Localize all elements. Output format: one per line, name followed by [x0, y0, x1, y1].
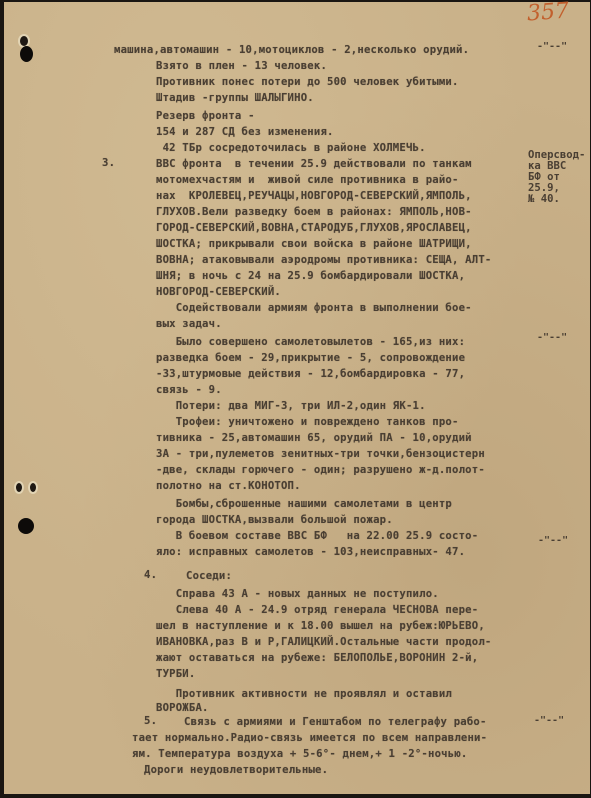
text-line: -две, склады горючего - один; разрушено … [156, 464, 485, 476]
ditto-mark: -"--" [537, 41, 567, 52]
text-line: Слева 40 А - 24.9 отряд генерала ЧЕСНОВА… [156, 604, 478, 616]
text-line: ШНЯ; в ночь с 24 на 25.9 бомбардировали … [156, 270, 465, 282]
text-line: Содействовали армиям фронта в выполнении… [156, 302, 472, 314]
text-line: мотомехчастям и живой силе противника в … [156, 174, 459, 186]
text-line: ИВАНОВКА,раз В и Р,ГАЛИЦКИЙ.Остальные ча… [156, 636, 491, 648]
text-line: города ШОСТКА,вызвали большой пожар. [156, 514, 393, 526]
text-line: Потери: два МИГ-3, три ИЛ-2,один ЯК-1. [156, 400, 426, 412]
text-line: Резерв фронта - [156, 110, 255, 122]
text-line: Взято в плен - 13 человек. [156, 60, 327, 72]
text-line: 154 и 287 СД без изменения. [156, 126, 334, 138]
text-line: ШОСТКА; прикрывали свои войска в районе … [156, 238, 472, 250]
binding-hole [20, 46, 33, 62]
text-line: связь - 9. [156, 384, 222, 396]
text-line: 42 ТБр сосредоточилась в районе ХОЛМЕЧЬ. [156, 142, 426, 154]
text-line: В боевом составе ВВС БФ на 22.00 25.9 со… [156, 530, 478, 542]
ditto-mark: -"--" [537, 332, 567, 343]
text-line: полотно на ст.КОНОТОП. [156, 480, 301, 492]
text-line: нах КРОЛЕВЕЦ,РЕУЧАЦЫ,НОВГОРОД-СЕВЕРСКИЙ,… [156, 190, 472, 202]
text-line: вых задач. [156, 318, 222, 330]
text-line: НОВГОРОД-СЕВЕРСКИЙ. [156, 286, 281, 298]
binding-hole [18, 518, 34, 534]
section-number: 3. [102, 157, 115, 169]
binding-hole [20, 36, 28, 46]
text-line: Трофеи: уничтожено и повреждено танков п… [156, 416, 459, 428]
text-line: ЗА - три,пулеметов зенитных-три точки,бе… [156, 448, 485, 460]
margin-source-note: Оперсвод- ка ВВС БФ от 25.9, № 40. [528, 150, 585, 205]
text-line: ВОРОЖБА. [156, 702, 209, 714]
text-line: Штадив -группы ШАЛЫГИНО. [156, 92, 314, 104]
binding-hole [16, 483, 22, 492]
text-line: разведка боем - 29,прикрытие - 5, сопров… [156, 352, 465, 364]
text-line: ВОВНА; атаковывали аэродромы противника:… [156, 254, 491, 266]
document-page: 357 машина,автомашин - 10,мотоциклов - 2… [4, 2, 590, 794]
text-line: ВВС фронта в течении 25.9 действовали по… [156, 158, 472, 170]
text-line: жают оставаться на рубеже: БЕЛОПОЛЬЕ,ВОР… [156, 652, 478, 664]
text-line: Противник понес потери до 500 человек уб… [156, 76, 459, 88]
section-number: 4. [144, 569, 157, 581]
text-line: машина,автомашин - 10,мотоциклов - 2,нес… [114, 44, 469, 56]
text-line: Дороги неудовлетворительные. [144, 764, 328, 776]
text-line: шел в наступление и к 18.00 вышел на руб… [156, 620, 485, 632]
text-line: ям. Температура воздуха + 5-6°- днем,+ 1… [132, 748, 467, 760]
ditto-mark: -"--" [538, 535, 568, 546]
text-line: Бомбы,сброшенные нашими самолетами в цен… [156, 498, 452, 510]
archive-page-number: 357 [526, 0, 570, 26]
text-line: тивника - 25,автомашин 65, орудий ПА - 1… [156, 432, 472, 444]
text-line: яло: исправных самолетов - 103,неисправн… [156, 546, 465, 558]
text-line: -33,штурмовые действия - 12,бомбардировк… [156, 368, 465, 380]
binding-hole [30, 483, 36, 492]
text-line: Противник активности не проявлял и остав… [156, 688, 452, 700]
text-line: тает нормально.Радио-связь имеется по вс… [132, 732, 487, 744]
text-line: ГЛУХОВ.Вели разведку боем в районах: ЯМП… [156, 206, 472, 218]
text-line: ТУРБИ. [156, 668, 195, 680]
text-line: Соседи: [186, 570, 232, 582]
text-line: Связь с армиями и Генштабом по телеграфу… [184, 716, 487, 728]
text-line: Было совершено самолетовылетов - 165,из … [156, 336, 465, 348]
text-line: ГОРОД-СЕВЕРСКИЙ,ВОВНА,СТАРОДУБ,ГЛУХОВ,ЯР… [156, 222, 472, 234]
ditto-mark: -"--" [534, 715, 564, 726]
section-number: 5. [144, 715, 157, 727]
text-line: Справа 43 А - новых данных не поступило. [156, 588, 439, 600]
